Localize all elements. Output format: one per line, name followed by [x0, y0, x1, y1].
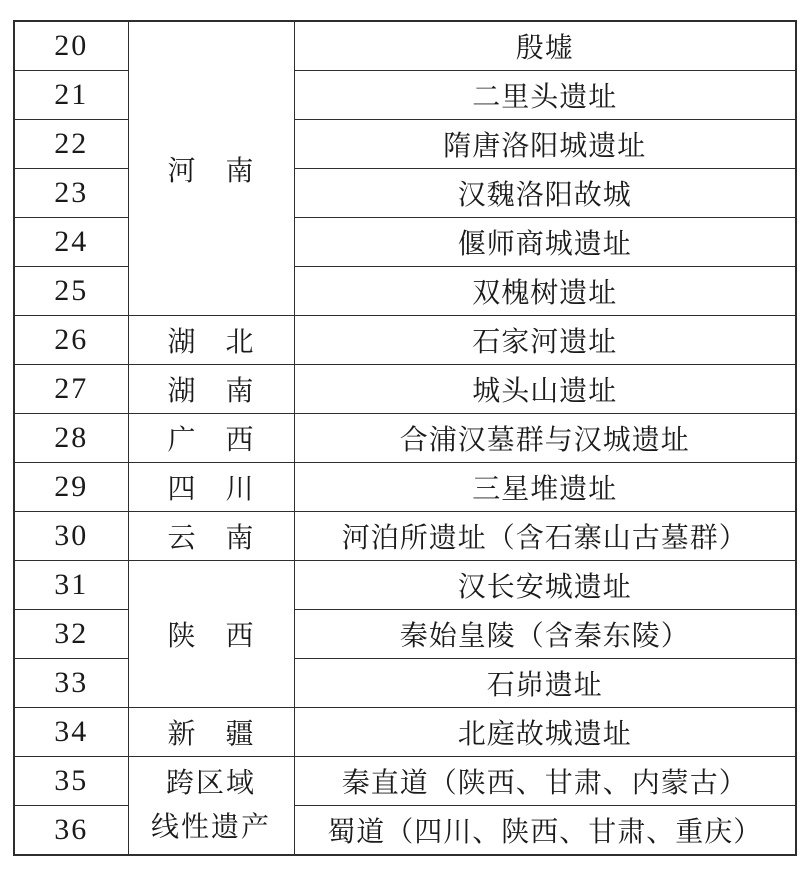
province-cell-hunan: 湖 南 — [128, 365, 294, 414]
site-name-cell: 偃师商城遗址 — [294, 218, 796, 267]
site-name-cell: 隋唐洛阳城遗址 — [294, 120, 796, 169]
province-cell-yunnan: 云 南 — [128, 512, 294, 561]
table-row: 20 河 南 殷墟 — [14, 21, 796, 71]
site-name-cell: 河泊所遗址（含石寨山古墓群） — [294, 512, 796, 561]
table-row: 31 陕 西 汉长安城遗址 — [14, 561, 796, 610]
row-number-cell: 24 — [14, 218, 128, 267]
site-name-cell: 石家河遗址 — [294, 316, 796, 365]
row-number-cell: 20 — [14, 21, 128, 71]
site-name-cell: 二里头遗址 — [294, 71, 796, 120]
province-cell-sichuan: 四 川 — [128, 463, 294, 512]
site-name-cell: 石峁遗址 — [294, 659, 796, 708]
row-number-cell: 27 — [14, 365, 128, 414]
table-row: 35 跨区域 线性遗产 秦直道（陕西、甘肃、内蒙古） — [14, 757, 796, 806]
site-name-cell: 城头山遗址 — [294, 365, 796, 414]
row-number-cell: 22 — [14, 120, 128, 169]
province-cell-cross-region: 跨区域 线性遗产 — [128, 757, 294, 856]
province-cell-hubei: 湖 北 — [128, 316, 294, 365]
heritage-sites-table: 20 河 南 殷墟 21 二里头遗址 22 隋唐洛阳城遗址 23 汉魏洛阳故城 … — [13, 20, 797, 856]
document-page: 20 河 南 殷墟 21 二里头遗址 22 隋唐洛阳城遗址 23 汉魏洛阳故城 … — [0, 0, 805, 889]
row-number-cell: 34 — [14, 708, 128, 757]
province-cell-xinjiang: 新 疆 — [128, 708, 294, 757]
site-name-cell: 北庭故城遗址 — [294, 708, 796, 757]
site-name-cell: 双槐树遗址 — [294, 267, 796, 316]
cross-region-label-line1: 跨区域 — [133, 762, 290, 805]
row-number-cell: 25 — [14, 267, 128, 316]
table-row: 30 云 南 河泊所遗址（含石寨山古墓群） — [14, 512, 796, 561]
row-number-cell: 29 — [14, 463, 128, 512]
province-cell-shaanxi: 陕 西 — [128, 561, 294, 708]
row-number-cell: 36 — [14, 806, 128, 856]
table-row: 28 广 西 合浦汉墓群与汉城遗址 — [14, 414, 796, 463]
row-number-cell: 23 — [14, 169, 128, 218]
site-name-cell: 合浦汉墓群与汉城遗址 — [294, 414, 796, 463]
cross-region-label-line2: 线性遗产 — [133, 806, 290, 849]
site-name-cell: 秦始皇陵（含秦东陵） — [294, 610, 796, 659]
row-number-cell: 28 — [14, 414, 128, 463]
row-number-cell: 31 — [14, 561, 128, 610]
site-name-cell: 汉魏洛阳故城 — [294, 169, 796, 218]
province-cell-guangxi: 广 西 — [128, 414, 294, 463]
table-row: 27 湖 南 城头山遗址 — [14, 365, 796, 414]
row-number-cell: 21 — [14, 71, 128, 120]
province-cell-henan: 河 南 — [128, 21, 294, 316]
row-number-cell: 32 — [14, 610, 128, 659]
row-number-cell: 33 — [14, 659, 128, 708]
site-name-cell: 蜀道（四川、陕西、甘肃、重庆） — [294, 806, 796, 856]
row-number-cell: 26 — [14, 316, 128, 365]
table-row: 34 新 疆 北庭故城遗址 — [14, 708, 796, 757]
table-row: 26 湖 北 石家河遗址 — [14, 316, 796, 365]
table-row: 29 四 川 三星堆遗址 — [14, 463, 796, 512]
site-name-cell: 秦直道（陕西、甘肃、内蒙古） — [294, 757, 796, 806]
row-number-cell: 30 — [14, 512, 128, 561]
row-number-cell: 35 — [14, 757, 128, 806]
site-name-cell: 三星堆遗址 — [294, 463, 796, 512]
site-name-cell: 汉长安城遗址 — [294, 561, 796, 610]
site-name-cell: 殷墟 — [294, 21, 796, 71]
